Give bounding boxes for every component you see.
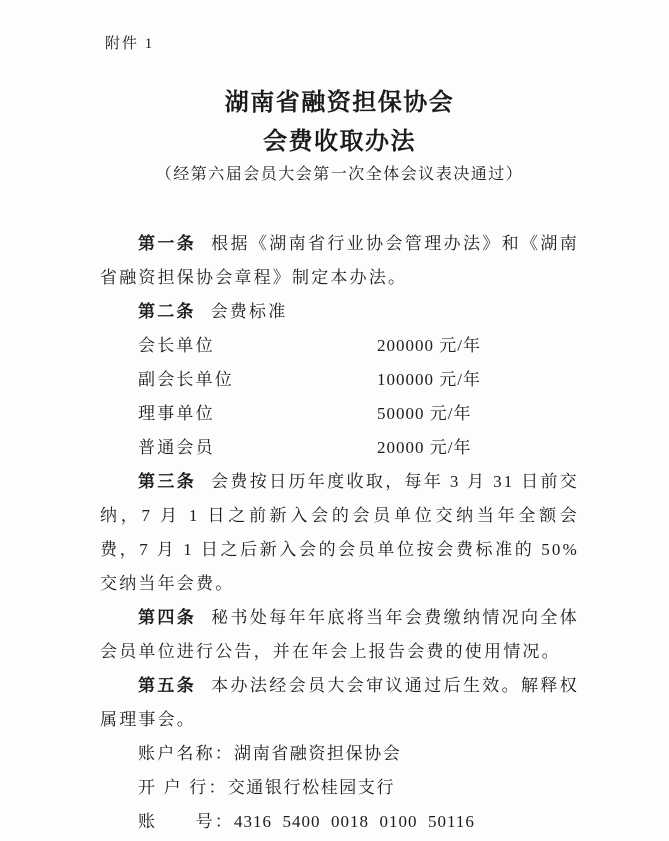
article-1: 第一条根据《湖南省行业协会管理办法》和《湖南省融资担保协会章程》制定本办法。 [100, 227, 579, 295]
account-bank-value: 交通银行松桂园支行 [228, 778, 395, 797]
account-number-row: 账 号：4316 5400 0018 0100 50116 [100, 805, 579, 839]
fee-amount: 100000 元/年 [377, 363, 481, 397]
account-bank-row: 开 户 行：交通银行松桂园支行 [100, 771, 579, 805]
account-name-label: 账户名称： [138, 744, 234, 763]
article-2: 第二条会费标准 [100, 295, 579, 329]
document-title-line1: 湖南省融资担保协会 [100, 84, 579, 123]
account-bank-label: 开 户 行： [138, 778, 228, 797]
article-5: 第五条本办法经会员大会审议通过后生效。解释权属理事会。 [100, 669, 579, 737]
article-4: 第四条秘书处每年年底将当年会费缴纳情况向全体会员单位进行公告，并在年会上报告会费… [100, 601, 579, 669]
approval-note: （经第六届会员大会第一次全体会议表决通过） [100, 163, 579, 187]
article-2-label: 第二条 [138, 302, 196, 321]
fee-amount: 50000 元/年 [377, 397, 471, 431]
article-1-label: 第一条 [138, 234, 196, 253]
account-name-row: 账户名称：湖南省融资担保协会 [100, 737, 579, 771]
fee-category: 副会长单位 [138, 363, 377, 397]
document-body: 第一条根据《湖南省行业协会管理办法》和《湖南省融资担保协会章程》制定本办法。 第… [100, 227, 579, 839]
fee-row-chairman: 会长单位 200000 元/年 [100, 329, 579, 363]
title-block: 湖南省融资担保协会 会费收取办法 （经第六届会员大会第一次全体会议表决通过） [100, 84, 579, 187]
fee-category: 理事单位 [138, 397, 377, 431]
fee-row-vice-chairman: 副会长单位 100000 元/年 [100, 363, 579, 397]
account-number-value: 4316 5400 0018 0100 50116 [234, 812, 475, 831]
fee-category: 会长单位 [138, 329, 377, 363]
article-3: 第三条会费按日历年度收取，每年 3 月 31 日前交纳，7 月 1 日之前新入会… [100, 465, 579, 601]
fee-amount: 200000 元/年 [377, 329, 481, 363]
fee-category: 普通会员 [138, 431, 377, 465]
account-number-label: 账 号： [138, 812, 234, 831]
fee-row-director: 理事单位 50000 元/年 [100, 397, 579, 431]
fee-row-ordinary-member: 普通会员 20000 元/年 [100, 431, 579, 465]
fee-amount: 20000 元/年 [377, 431, 471, 465]
article-3-label: 第三条 [138, 472, 196, 491]
fee-table: 会长单位 200000 元/年 副会长单位 100000 元/年 理事单位 50… [100, 329, 579, 465]
article-2-text: 会费标准 [211, 302, 288, 321]
attachment-label: 附件 1 [105, 34, 579, 54]
document-page: 附件 1 湖南省融资担保协会 会费收取办法 （经第六届会员大会第一次全体会议表决… [0, 0, 669, 841]
account-name-value: 湖南省融资担保协会 [234, 744, 401, 763]
article-4-label: 第四条 [138, 608, 196, 627]
document-title-line2: 会费收取办法 [100, 123, 579, 162]
article-5-label: 第五条 [138, 676, 196, 695]
